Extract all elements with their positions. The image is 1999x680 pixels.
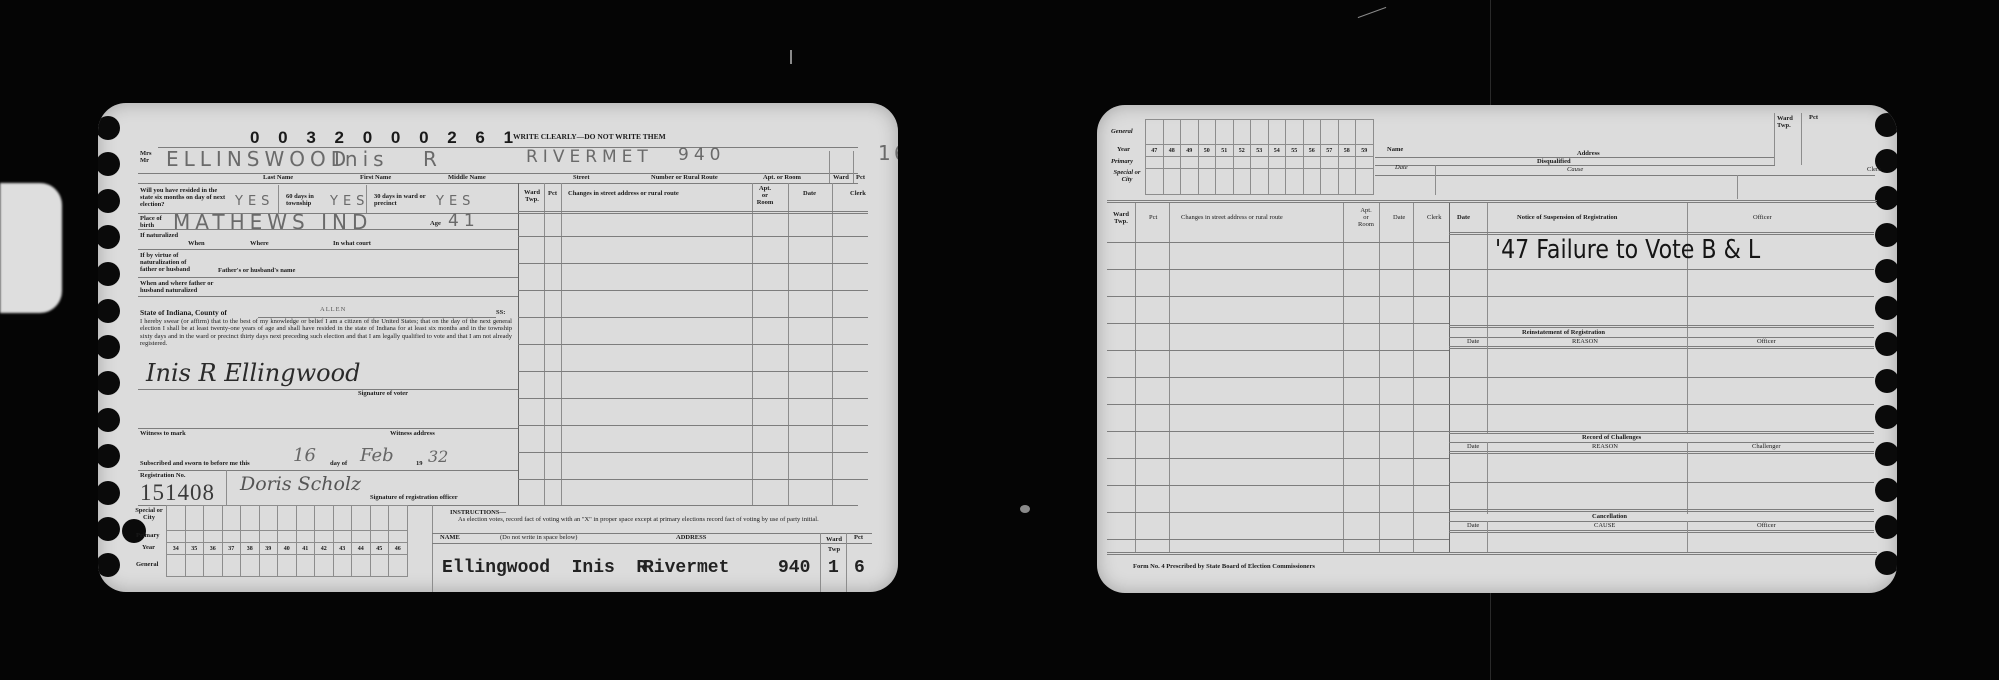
rule bbox=[1107, 242, 1449, 243]
vote-cell bbox=[1321, 119, 1339, 145]
punch-hole bbox=[98, 371, 120, 395]
residency-q1-value: YES bbox=[235, 195, 274, 208]
index-ward-label: Ward Twp bbox=[824, 535, 844, 555]
vote-cell bbox=[1356, 119, 1374, 145]
year-cell: 48 bbox=[1164, 145, 1182, 157]
changes-header-date: Date bbox=[803, 191, 816, 198]
punch-hole bbox=[1875, 259, 1897, 283]
rule bbox=[1449, 325, 1874, 328]
vote-cell bbox=[1339, 119, 1357, 145]
vote-cell bbox=[204, 531, 223, 543]
suspension-entry: '47 Failure to Vote B & L bbox=[1495, 237, 1760, 263]
punch-hole bbox=[1875, 223, 1897, 247]
punch-hole bbox=[1875, 515, 1897, 539]
cancellation-title: Cancellation bbox=[1592, 514, 1627, 521]
rule bbox=[518, 371, 868, 372]
changes-header-apt: Apt. or Room bbox=[1357, 207, 1375, 228]
disqualified-pct-label: Pct bbox=[1809, 115, 1818, 122]
punch-hole bbox=[98, 116, 120, 140]
oath-heading: State of Indiana, County of bbox=[140, 309, 227, 317]
rule bbox=[1375, 175, 1875, 176]
first-name-label: First Name bbox=[360, 175, 391, 182]
rule bbox=[1449, 509, 1874, 512]
adjacent-card-edge bbox=[0, 183, 62, 313]
oath-text: I hereby swear (or affirm) that to the b… bbox=[140, 318, 512, 348]
vote-cell bbox=[1181, 119, 1199, 145]
rule bbox=[1687, 442, 1688, 514]
rule bbox=[518, 236, 868, 237]
vote-cell bbox=[1199, 119, 1217, 145]
year-cell: 42 bbox=[315, 543, 334, 555]
rule bbox=[138, 183, 858, 184]
street-value: RIVERMET bbox=[526, 149, 653, 166]
punch-hole bbox=[1875, 369, 1897, 393]
last-name-label: Last Name bbox=[263, 175, 293, 182]
vote-cell bbox=[241, 531, 260, 543]
vote-cell bbox=[1286, 119, 1304, 145]
rule bbox=[1449, 337, 1874, 338]
pct-label: Pct bbox=[856, 175, 865, 182]
rule bbox=[1413, 203, 1414, 553]
cancellation-date-label: Date bbox=[1467, 523, 1479, 530]
rule bbox=[1379, 203, 1380, 553]
vote-cell bbox=[1251, 169, 1269, 195]
salutation: Mrs Mr bbox=[140, 151, 152, 164]
vote-cell bbox=[297, 505, 316, 531]
year-cell: 52 bbox=[1234, 145, 1252, 157]
residency-q3-value: YES bbox=[436, 195, 475, 208]
punch-hole bbox=[98, 517, 120, 541]
year-cell: 54 bbox=[1269, 145, 1287, 157]
rule bbox=[138, 296, 518, 297]
rule bbox=[1487, 337, 1488, 433]
rule bbox=[1737, 175, 1738, 199]
naturalized-label: If naturalized bbox=[140, 233, 178, 240]
changes-header-clerk: Clerk bbox=[1427, 215, 1441, 222]
day-value: 16 bbox=[293, 447, 316, 465]
year-cell: 38 bbox=[241, 543, 260, 555]
voting-record-cells: 47484950515253545556575859 bbox=[1145, 119, 1374, 195]
residency-q2-label: 60 days in township bbox=[286, 193, 326, 207]
vote-cell bbox=[167, 505, 186, 531]
year-cell: 58 bbox=[1339, 145, 1357, 157]
vote-cell bbox=[1356, 157, 1374, 169]
punch-hole bbox=[1875, 113, 1897, 137]
reinstatement-title: Reinstatement of Registration bbox=[1522, 330, 1605, 337]
rule bbox=[1107, 485, 1449, 486]
index-name-label: NAME bbox=[440, 535, 460, 542]
vote-cell bbox=[334, 505, 353, 531]
residency-q2-value: YES bbox=[330, 195, 369, 208]
disqualified-name-label: Name bbox=[1387, 147, 1403, 154]
vote-cell bbox=[1339, 157, 1357, 169]
punch-hole bbox=[98, 299, 120, 323]
rule bbox=[1487, 203, 1488, 338]
vote-cell bbox=[1269, 169, 1287, 195]
vote-cell bbox=[223, 555, 242, 577]
year-cell: 34 bbox=[167, 543, 186, 555]
index-ward-value: 1 bbox=[828, 559, 839, 577]
vote-cell bbox=[1321, 157, 1339, 169]
year-cell: 51 bbox=[1216, 145, 1234, 157]
rule bbox=[1375, 157, 1775, 158]
cancellation-cause-label: CAUSE bbox=[1594, 523, 1615, 530]
rule bbox=[1449, 482, 1874, 483]
year-cell: 39 bbox=[260, 543, 279, 555]
rule bbox=[1107, 404, 1449, 405]
row-label-special: Special or City bbox=[1111, 169, 1143, 183]
challenges-title: Record of Challenges bbox=[1582, 435, 1641, 442]
vote-cell bbox=[186, 555, 205, 577]
witness-mark-label: Witness to mark bbox=[140, 431, 186, 438]
officer-signature-label: Signature of registration officer bbox=[370, 495, 458, 502]
vote-cell bbox=[1146, 157, 1164, 169]
row-label-general: General bbox=[136, 562, 158, 569]
rule bbox=[1801, 113, 1802, 165]
vote-cell bbox=[334, 531, 353, 543]
index-pct-value: 6 bbox=[854, 559, 865, 577]
month-value: Feb bbox=[360, 447, 394, 465]
naturalized-court-label: In what court bbox=[333, 241, 371, 248]
naturalized-where-label: Where bbox=[250, 241, 269, 248]
vote-cell bbox=[278, 505, 297, 531]
punch-hole bbox=[1875, 405, 1897, 429]
year-cell: 53 bbox=[1251, 145, 1269, 157]
rule bbox=[226, 470, 227, 505]
reinstatement-officer-label: Officer bbox=[1757, 339, 1776, 346]
vote-cell bbox=[204, 555, 223, 577]
vote-cell bbox=[186, 505, 205, 531]
changes-header-clerk: Clerk bbox=[850, 191, 866, 198]
vote-cell bbox=[1269, 157, 1287, 169]
rule bbox=[1343, 203, 1344, 553]
rule bbox=[1487, 442, 1488, 514]
vote-cell bbox=[315, 505, 334, 531]
vote-cell bbox=[1269, 119, 1287, 145]
index-pct-label: Pct bbox=[854, 535, 863, 542]
rule bbox=[1449, 431, 1874, 434]
rule bbox=[366, 185, 367, 213]
year-value: 32 bbox=[428, 449, 448, 465]
middle-name-value: R bbox=[423, 149, 442, 169]
age-value: 41 bbox=[448, 213, 480, 230]
vote-cell bbox=[371, 505, 390, 531]
punch-hole bbox=[98, 262, 120, 286]
rule bbox=[432, 533, 872, 534]
rule bbox=[1449, 451, 1874, 454]
rule bbox=[1107, 269, 1449, 270]
vote-cell bbox=[223, 531, 242, 543]
rule bbox=[1169, 203, 1170, 553]
vote-cell bbox=[260, 505, 279, 531]
disqualified-ward-label: Ward Twp. bbox=[1777, 115, 1799, 129]
year-prefix: 19 bbox=[416, 461, 423, 468]
rule bbox=[1107, 552, 1877, 555]
rule bbox=[1107, 323, 1449, 324]
rule bbox=[1107, 431, 1449, 432]
header-notice: WRITE CLEARLY—DO NOT WRITE THEM bbox=[513, 133, 666, 141]
rule bbox=[518, 344, 868, 345]
serial-number: 0 0 3 2 0 0 0 2 6 1 bbox=[250, 129, 520, 146]
changes-header-ward: Ward Twp. bbox=[1111, 211, 1131, 225]
rule bbox=[1449, 203, 1450, 553]
vote-cell bbox=[167, 555, 186, 577]
rule bbox=[1107, 377, 1449, 378]
disqualified-clerk-label: Clerk bbox=[1867, 167, 1881, 174]
punch-hole bbox=[1875, 442, 1897, 466]
film-speck bbox=[1020, 505, 1030, 513]
rule bbox=[138, 229, 518, 230]
rule bbox=[138, 249, 518, 250]
punch-hole bbox=[1875, 478, 1897, 502]
punch-hole bbox=[98, 335, 120, 359]
changes-header-apt: Apt. or Room bbox=[756, 185, 774, 206]
pct-value: 6 bbox=[894, 143, 898, 163]
punch-hole bbox=[98, 189, 120, 213]
father-naturalized-label: When and where father or husband natural… bbox=[140, 280, 220, 294]
rule bbox=[829, 151, 830, 183]
rule bbox=[518, 290, 868, 291]
vote-cell bbox=[1164, 119, 1182, 145]
year-cell: 46 bbox=[389, 543, 408, 555]
vote-cell bbox=[1216, 119, 1234, 145]
witness-address-label: Witness address bbox=[390, 431, 435, 438]
challenges-reason-label: REASON bbox=[1592, 444, 1618, 451]
vote-cell bbox=[1286, 157, 1304, 169]
changes-header-date: Date bbox=[1393, 215, 1405, 222]
rule bbox=[1487, 521, 1488, 553]
vote-cell bbox=[278, 531, 297, 543]
vote-cell bbox=[1146, 119, 1164, 145]
registration-card-back: General Year Primary Special or City 474… bbox=[1097, 105, 1897, 593]
age-label: Age bbox=[430, 221, 441, 228]
year-cell: 43 bbox=[334, 543, 353, 555]
year-cell: 41 bbox=[297, 543, 316, 555]
vote-cell bbox=[1199, 157, 1217, 169]
vote-cell bbox=[352, 555, 371, 577]
reinstatement-reason-label: REASON bbox=[1572, 339, 1598, 346]
instructions-text: As election votes, record fact of voting… bbox=[458, 516, 858, 523]
rule bbox=[278, 185, 279, 213]
year-cell: 37 bbox=[223, 543, 242, 555]
officer-signature: Doris Scholz bbox=[240, 475, 361, 494]
year-cell: 55 bbox=[1286, 145, 1304, 157]
index-street-value: Rivermet bbox=[643, 559, 729, 577]
rule bbox=[1135, 203, 1136, 553]
vote-cell bbox=[315, 531, 334, 543]
year-cell: 45 bbox=[371, 543, 390, 555]
last-name-value: ELLINSWOOD bbox=[166, 149, 351, 169]
rule bbox=[1449, 269, 1874, 270]
film-scratch bbox=[1358, 7, 1387, 18]
rule bbox=[1449, 296, 1874, 297]
year-cell: 44 bbox=[352, 543, 371, 555]
registration-no-value: 151408 bbox=[140, 481, 215, 504]
suspension-date-label: Date bbox=[1457, 215, 1470, 222]
punch-hole bbox=[98, 408, 120, 432]
punch-hole bbox=[98, 444, 120, 468]
residency-q3-label: 30 days in ward or precinct bbox=[374, 193, 434, 207]
vote-cell bbox=[1251, 157, 1269, 169]
day-of-label: day of bbox=[330, 461, 347, 468]
rule bbox=[1687, 521, 1688, 553]
rule bbox=[1449, 377, 1874, 378]
rule bbox=[1774, 113, 1775, 165]
changes-header-pct: Pct bbox=[548, 191, 557, 198]
rule bbox=[1107, 512, 1449, 513]
vote-cell bbox=[223, 505, 242, 531]
vote-cell bbox=[278, 555, 297, 577]
vote-cell bbox=[1146, 169, 1164, 195]
vote-cell bbox=[241, 555, 260, 577]
rule bbox=[1687, 337, 1688, 433]
rule bbox=[518, 452, 868, 453]
vote-cell bbox=[260, 531, 279, 543]
number-value: 940 bbox=[678, 147, 725, 164]
year-cell: 36 bbox=[204, 543, 223, 555]
rule bbox=[138, 389, 518, 390]
row-label-primary: Primary bbox=[1111, 159, 1133, 166]
rule bbox=[1107, 296, 1449, 297]
punch-hole bbox=[98, 481, 120, 505]
vote-cell bbox=[371, 531, 390, 543]
rule bbox=[1107, 539, 1449, 540]
vote-cell bbox=[1199, 169, 1217, 195]
rule bbox=[518, 479, 868, 480]
rule bbox=[1449, 404, 1874, 405]
vote-cell bbox=[1321, 169, 1339, 195]
vote-cell bbox=[297, 531, 316, 543]
rule bbox=[432, 505, 433, 592]
rule bbox=[1107, 350, 1449, 351]
row-label-general: General bbox=[1111, 129, 1133, 136]
suspension-title: Notice of Suspension of Registration bbox=[1517, 215, 1617, 222]
vote-cell bbox=[352, 531, 371, 543]
year-cell: 57 bbox=[1321, 145, 1339, 157]
punch-hole bbox=[98, 553, 120, 577]
rule bbox=[1449, 346, 1874, 349]
first-name-value: Inis bbox=[334, 149, 389, 169]
rule bbox=[1449, 530, 1874, 533]
row-label-year: Year bbox=[142, 545, 155, 552]
vote-cell bbox=[1251, 119, 1269, 145]
year-cell: 40 bbox=[278, 543, 297, 555]
rule bbox=[518, 263, 868, 264]
row-label-primary: Primary bbox=[136, 533, 159, 540]
punch-hole bbox=[98, 152, 120, 176]
voter-signature-label: Signature of voter bbox=[358, 391, 408, 398]
suspension-officer-label: Officer bbox=[1753, 215, 1772, 222]
rule bbox=[1435, 165, 1436, 195]
vote-cell bbox=[1304, 119, 1322, 145]
rule bbox=[518, 317, 868, 318]
cancellation-officer-label: Officer bbox=[1757, 523, 1776, 530]
voter-signature: Inis R Ellingwood bbox=[146, 361, 360, 385]
rule bbox=[518, 398, 868, 399]
middle-name-label: Middle Name bbox=[448, 175, 486, 182]
vote-cell bbox=[1164, 157, 1182, 169]
birthplace-label: Place of birth bbox=[140, 215, 162, 229]
rule bbox=[138, 277, 518, 278]
vote-cell bbox=[1234, 119, 1252, 145]
vote-cell bbox=[1164, 169, 1182, 195]
residency-q1-label: Will you have resided in the state six m… bbox=[140, 187, 230, 208]
year-cell: 47 bbox=[1146, 145, 1164, 157]
vote-cell bbox=[186, 531, 205, 543]
changes-header-address: Changes in street address or rural route bbox=[568, 191, 679, 198]
year-cell: 49 bbox=[1181, 145, 1199, 157]
vote-cell bbox=[1339, 169, 1357, 195]
vote-cell bbox=[389, 505, 408, 531]
punch-hole bbox=[98, 225, 120, 249]
vote-cell bbox=[1181, 157, 1199, 169]
changes-header-ward: Ward Twp. bbox=[522, 189, 542, 203]
vote-cell bbox=[389, 555, 408, 577]
rule bbox=[1107, 458, 1449, 459]
challenges-date-label: Date bbox=[1467, 444, 1479, 451]
year-cell: 50 bbox=[1199, 145, 1217, 157]
vote-cell bbox=[1216, 169, 1234, 195]
rule bbox=[138, 428, 518, 429]
vote-cell bbox=[1304, 157, 1322, 169]
rule bbox=[138, 470, 518, 471]
vote-cell bbox=[315, 555, 334, 577]
changes-header-pct: Pct bbox=[1149, 215, 1157, 222]
rule bbox=[1107, 200, 1877, 203]
year-cell: 35 bbox=[186, 543, 205, 555]
challenges-challenger-label: Challenger bbox=[1752, 444, 1781, 451]
index-number-value: 940 bbox=[778, 559, 810, 577]
vote-cell bbox=[389, 531, 408, 543]
vote-cell bbox=[260, 555, 279, 577]
vote-cell bbox=[1286, 169, 1304, 195]
vote-cell bbox=[1304, 169, 1322, 195]
disqualified-cause-label: Cause bbox=[1567, 167, 1583, 174]
rule bbox=[853, 151, 854, 183]
apt-label: Apt. or Room bbox=[763, 175, 801, 182]
rule bbox=[432, 543, 872, 544]
vote-cell bbox=[167, 531, 186, 543]
index-do-not-write: (Do not write in space below) bbox=[500, 535, 577, 542]
by-virtue-label: If by virtue of naturalization of father… bbox=[140, 252, 200, 273]
county-value: ALLEN bbox=[320, 307, 346, 314]
punch-hole bbox=[1875, 551, 1897, 575]
punch-hole bbox=[1875, 186, 1897, 210]
punch-hole bbox=[1875, 332, 1897, 356]
vote-cell bbox=[204, 505, 223, 531]
father-name-label: Father's or husband's name bbox=[218, 268, 295, 275]
vote-cell bbox=[1234, 157, 1252, 169]
rule bbox=[518, 211, 868, 214]
subscribed-label: Subscribed and sworn to before me this bbox=[140, 461, 250, 468]
row-label-special: Special or City bbox=[132, 507, 166, 521]
year-cell: 59 bbox=[1356, 145, 1374, 157]
index-address-label: ADDRESS bbox=[676, 535, 706, 542]
naturalized-when-label: When bbox=[188, 241, 205, 248]
vote-cell bbox=[1181, 169, 1199, 195]
number-label: Number or Rural Route bbox=[651, 175, 718, 182]
index-name-value: Ellingwood Inis R bbox=[442, 559, 647, 577]
changes-header-address: Changes in street address or rural route bbox=[1181, 215, 1283, 222]
rule bbox=[518, 425, 868, 426]
street-label: Street bbox=[573, 175, 589, 182]
vote-cell bbox=[1234, 169, 1252, 195]
vote-cell bbox=[297, 555, 316, 577]
vote-cell bbox=[352, 505, 371, 531]
voting-record-cells: 34353637383940414243444546 bbox=[166, 505, 408, 577]
rule bbox=[846, 533, 847, 592]
vote-cell bbox=[371, 555, 390, 577]
